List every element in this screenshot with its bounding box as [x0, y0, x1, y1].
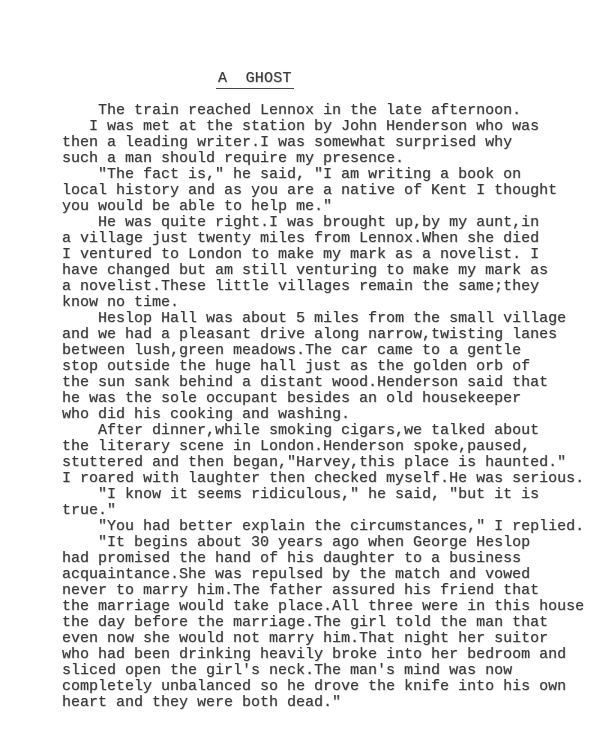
text-line: a village just twenty miles from Lennox.…: [62, 231, 606, 247]
text-line: stuttered and then began,"Harvey,this pl…: [62, 455, 606, 471]
typewritten-page: A GHOST The train reached Lennox in the …: [0, 0, 606, 750]
text-line: he was the sole occupant besides an old …: [62, 391, 606, 407]
text-line: and we had a pleasant drive along narrow…: [62, 327, 606, 343]
text-line: then a leading writer.I was somewhat sur…: [62, 135, 606, 151]
text-line: The train reached Lennox in the late aft…: [62, 103, 606, 119]
text-line: the day before the marriage.The girl tol…: [62, 615, 606, 631]
text-line: sliced open the girl's neck.The man's mi…: [62, 663, 606, 679]
text-line: "It begins about 30 years ago when Georg…: [62, 535, 606, 551]
text-line: the literary scene in London.Henderson s…: [62, 439, 606, 455]
text-line: "I know it seems ridiculous," he said, "…: [62, 487, 606, 503]
text-line: He was quite right.I was brought up,by m…: [62, 215, 606, 231]
text-line: completely unbalanced so he drove the kn…: [62, 679, 606, 695]
text-line: I was met at the station by John Henders…: [62, 119, 606, 135]
text-line: you would be able to help me.": [62, 199, 606, 215]
text-line: never to marry him.The father assured hi…: [62, 583, 606, 599]
text-line: I roared with laughter then checked myse…: [62, 471, 606, 487]
title-row: A GHOST: [62, 71, 606, 103]
text-line: have changed but am still venturing to m…: [62, 263, 606, 279]
text-line: had promised the hand of his daughter to…: [62, 551, 606, 567]
text-line: true.": [62, 503, 606, 519]
text-line: the sun sank behind a distant wood.Hende…: [62, 375, 606, 391]
document-body: The train reached Lennox in the late aft…: [62, 103, 606, 711]
text-line: Heslop Hall was about 5 miles from the s…: [62, 311, 606, 327]
text-line: "The fact is," he said, "I am writing a …: [62, 167, 606, 183]
text-line: the marriage would take place.All three …: [62, 599, 606, 615]
text-line: After dinner,while smoking cigars,we tal…: [62, 423, 606, 439]
text-line: stop outside the huge hall just as the g…: [62, 359, 606, 375]
text-line: between lush,green meadows.The car came …: [62, 343, 606, 359]
text-line: who did his cooking and washing.: [62, 407, 606, 423]
text-line: "You had better explain the circumstance…: [62, 519, 606, 535]
text-line: know no time.: [62, 295, 606, 311]
page-title: A GHOST: [216, 71, 294, 89]
text-line: a novelist.These little villages remain …: [62, 279, 606, 295]
text-line: even now she would not marry him.That ni…: [62, 631, 606, 647]
text-line: who had been drinking heavily broke into…: [62, 647, 606, 663]
text-line: local history and as you are a native of…: [62, 183, 606, 199]
text-line: such a man should require my presence.: [62, 151, 606, 167]
text-line: acquaintance.She was repulsed by the mat…: [62, 567, 606, 583]
text-line: heart and they were both dead.": [62, 695, 606, 711]
text-line: I ventured to London to make my mark as …: [62, 247, 606, 263]
